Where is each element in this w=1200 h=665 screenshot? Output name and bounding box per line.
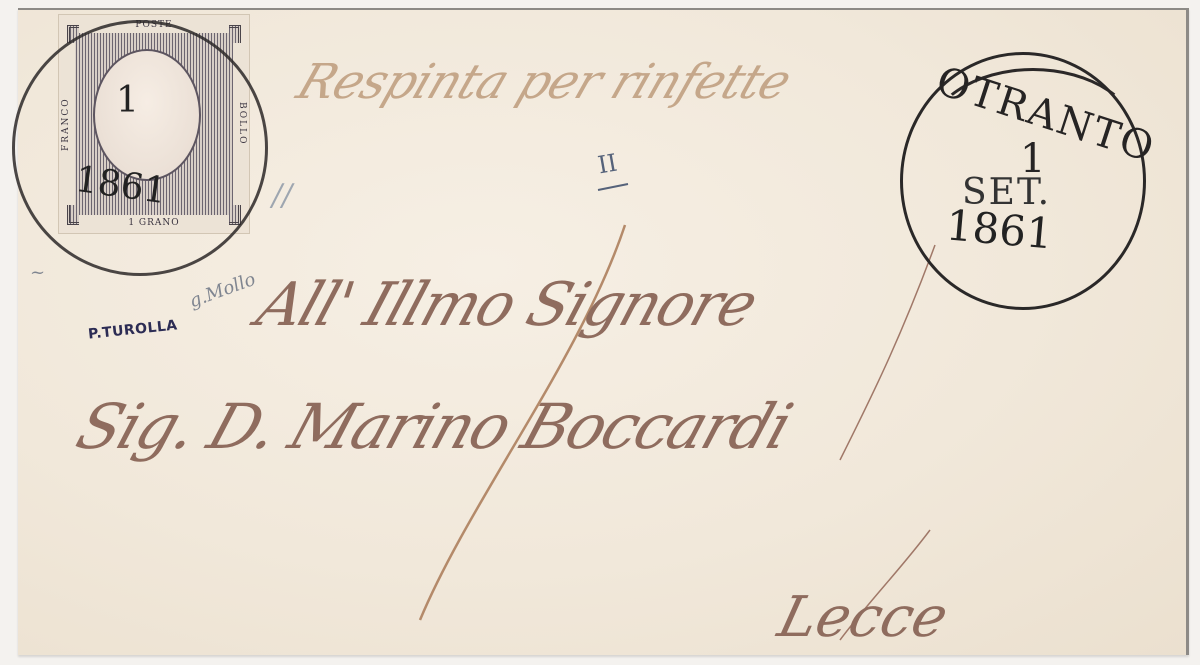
address-line-2: Sig. D. Marino Boccardi: [68, 390, 799, 463]
address-city: Lecce: [772, 585, 954, 650]
postmark-right-year: 1861: [944, 200, 1055, 258]
pencil-note: ~: [30, 262, 45, 283]
pencil-note: //: [272, 178, 292, 213]
manuscript-top-note: Respinta per rinfette: [290, 54, 798, 110]
postmark-left-ring: [12, 20, 268, 276]
address-line-1: All' Illmo Signore: [249, 270, 765, 340]
postmark-left-day: 1: [116, 80, 139, 121]
